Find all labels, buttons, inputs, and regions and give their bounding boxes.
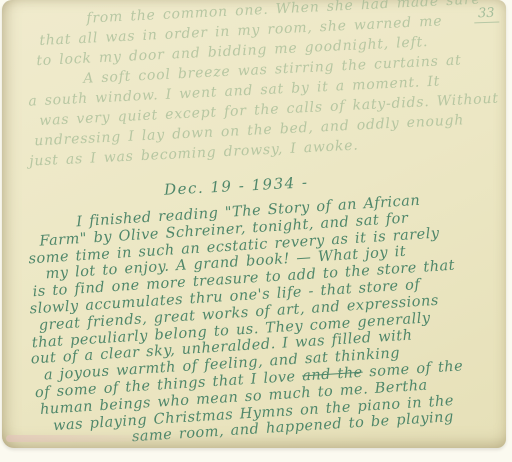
bleed-through-text: from the common one. When she had made s… (18, 0, 501, 172)
diary-entry: I finished reading "The Story of an Afri… (18, 191, 467, 453)
scan-edge-artifact (6, 435, 156, 442)
entry-date: Dec. 19 - 1934 - (164, 173, 309, 199)
scanned-diary-page: 33 from the common one. When she had mad… (0, 0, 512, 462)
diary-paper: 33 from the common one. When she had mad… (2, 0, 506, 448)
